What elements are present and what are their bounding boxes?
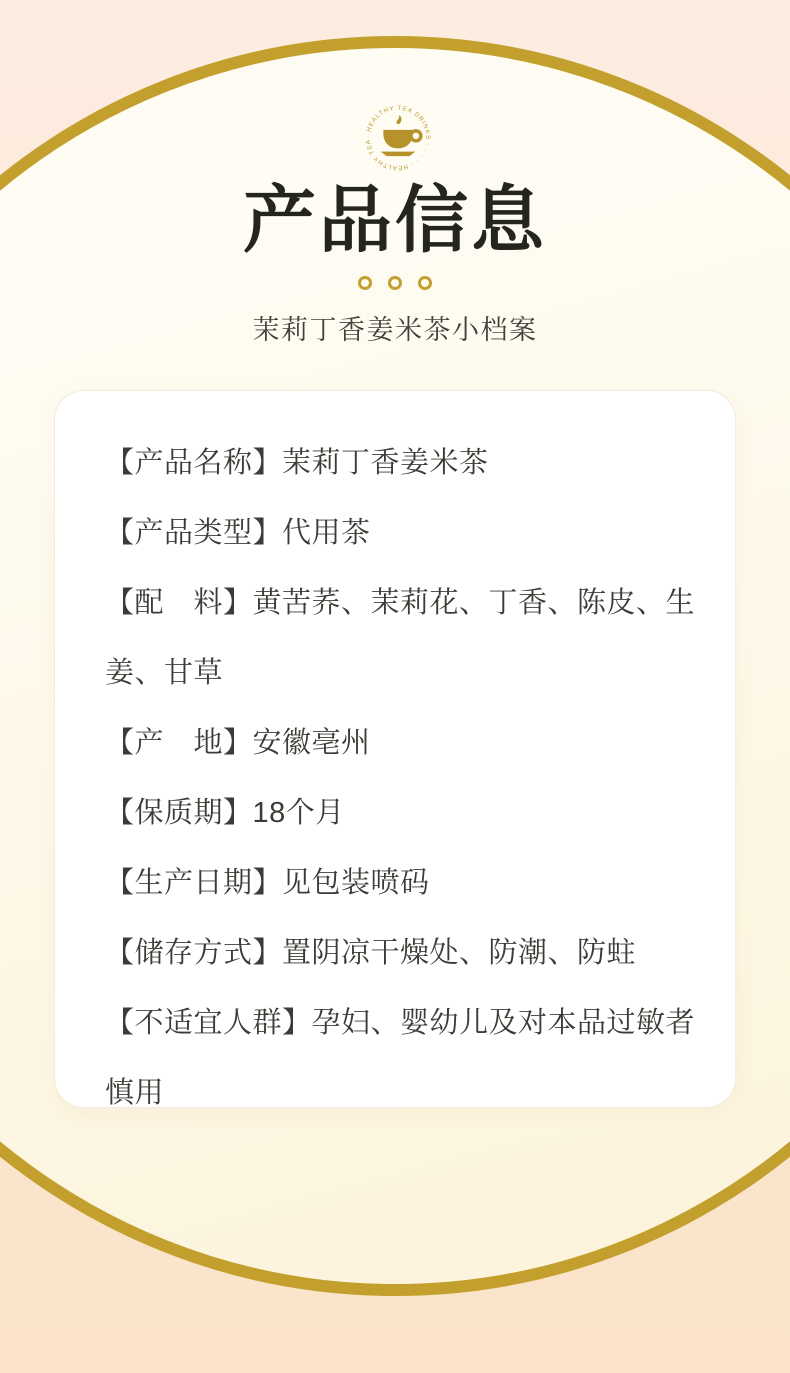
product-row-name: 【产品名称】茉莉丁香姜米茶 bbox=[105, 428, 700, 498]
product-row-type: 【产品类型】代用茶 bbox=[105, 498, 700, 568]
product-row-shelf-life: 【保质期】18个月 bbox=[105, 778, 700, 848]
product-row-ingredients: 【配 料】黄苦荞、茉莉花、丁香、陈皮、生姜、甘草 bbox=[105, 568, 700, 708]
product-info-page: · HEALTHY TEA DRINKS · · · · · HEALTHY T… bbox=[0, 0, 790, 1373]
page-title: 产品信息 bbox=[0, 180, 790, 262]
product-info-card: 【产品名称】茉莉丁香姜米茶 【产品类型】代用茶 【配 料】黄苦荞、茉莉花、丁香、… bbox=[54, 390, 736, 1108]
dots-decoration bbox=[0, 276, 790, 290]
dot bbox=[418, 276, 432, 290]
teacup-icon bbox=[381, 115, 421, 156]
brand-logo: · HEALTHY TEA DRINKS · · · · · HEALTHY T… bbox=[360, 100, 436, 176]
product-row-production-date: 【生产日期】见包装喷码 bbox=[105, 848, 700, 918]
product-row-storage: 【储存方式】置阴凉干燥处、防潮、防蛀 bbox=[105, 918, 700, 988]
page-subtitle: 茉莉丁香姜米茶小档案 bbox=[0, 308, 790, 347]
product-row-origin: 【产 地】安徽亳州 bbox=[105, 708, 700, 778]
dot bbox=[358, 276, 372, 290]
dot bbox=[388, 276, 402, 290]
product-row-unsuitable-groups: 【不适宜人群】孕妇、婴幼儿及对本品过敏者慎用 bbox=[105, 988, 700, 1128]
